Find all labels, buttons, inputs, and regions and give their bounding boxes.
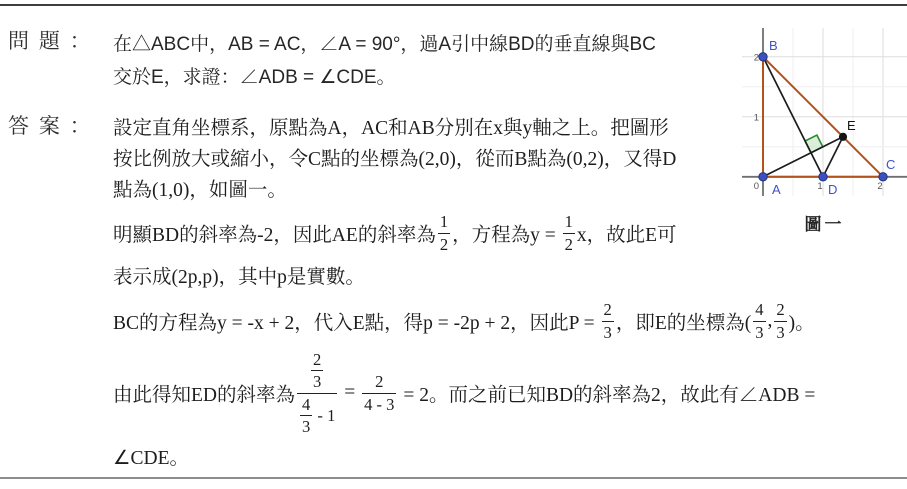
answer-line: 明顯BD的斜率為-2，因此AE的斜率為12，方程為y = 12x，故此E可 [113,207,815,259]
text-run: )。 [789,307,815,335]
answer-section-label: 答 案 ： [8,110,93,140]
answer-line: 由此得知ED的斜率為2343 - 1 = 24 - 3 = 2。而之前已知BD的… [113,349,815,437]
problem-section-label: 問 題 ： [8,25,93,55]
text-run: x，故此E可 [577,219,677,247]
point-label-E: E [847,118,856,133]
point-dot-B [759,53,767,61]
text-run: 2 [565,235,573,254]
text-run: 交於E，求證：∠ADB = ∠CDE。 [113,62,396,89]
text-run: 明顯BD的斜率為-2，因此AE的斜率為 [113,219,436,247]
bottom-rule [0,477,907,479]
text-run: 4 [755,300,763,319]
text-run: = 2。而之前已知BD的斜率為2，故此有∠ADB = [398,379,815,407]
point-dot-D [819,173,827,181]
fraction: 43 [300,395,312,436]
text-run: ，即E的坐標為( [616,307,751,335]
page: 問 題 ： 在△ABC中，AB = AC，∠A = 90°，過A引中線BD的垂直… [0,0,907,489]
problem-line: 交於E，求證：∠ADB = ∠CDE。 [113,59,656,92]
fraction-bar [300,415,312,416]
answer-line: 按比例放大或縮小，令C點的坐標為(2,0)，從而B點為(0,2)，又得D [113,141,815,172]
x-tick-label: 1 [817,181,822,192]
point-label-B: B [769,38,778,53]
text-run: ∠CDE。 [113,442,189,470]
text-run: 4 [302,395,310,414]
text-run: 3 [302,417,310,436]
text-run: 設定直角坐標系，原點為A，AC和AB分別在x與y軸之上。把圖形 [113,112,669,140]
text-run: 表示成(2p,p)，其中p是實數。 [113,261,365,289]
fraction: 23 [311,350,323,391]
fraction: 24 - 3 [362,372,396,413]
text-run: 按比例放大或縮小，令C點的坐標為(2,0)，從而B點為(0,2)，又得D [113,143,676,171]
text-run: 1 [565,212,573,231]
right-angle-marker [805,135,823,153]
fraction-bar [563,233,575,234]
point-dot-C [879,173,887,181]
fraction-bar [753,321,765,322]
text-run: 點為(1,0)，如圖一。 [113,174,287,202]
point-label-D: D [828,182,837,196]
text-run: 2 [313,350,321,369]
figure: 12120ABCDE 圖一 [742,28,907,235]
text-run: - 1 [313,406,335,425]
text-run: 3 [313,372,321,391]
text-run: 2 [440,235,448,254]
origin-tick-label: 0 [754,181,759,192]
figure-graph: 12120ABCDE [742,28,907,196]
text-run: = [339,382,360,404]
point-label-C: C [886,157,895,172]
text-run: BC的方程為y = -x + 2，代入E點，得p = -2p + 2，因此P = [113,307,600,335]
answer-text: 設定直角坐標系，原點為A，AC和AB分別在x與y軸之上。把圖形按比例放大或縮小，… [113,110,815,471]
fraction: 23 [774,300,786,341]
segment-AE [763,137,843,177]
fraction-bar [311,370,323,371]
answer-line: 點為(1,0)，如圖一。 [113,172,815,203]
answer-line: 表示成(2p,p)，其中p是實數。 [113,259,815,290]
figure-caption: 圖一 [742,210,907,235]
text-run: 2 [375,372,383,391]
top-rule [0,4,907,6]
text-run: 1 [440,212,448,231]
problem-line: 在△ABC中，AB = AC，∠A = 90°，過A引中線BD的垂直線與BC [113,26,656,59]
fraction-bar [297,393,337,394]
problem-text: 在△ABC中，AB = AC，∠A = 90°，過A引中線BD的垂直線與BC交於… [113,26,656,92]
text-run: 3 [755,323,763,342]
answer-line: 設定直角坐標系，原點為A，AC和AB分別在x與y軸之上。把圖形 [113,110,815,141]
x-tick-label: 2 [877,181,882,192]
text-run: 3 [604,323,612,342]
fraction: 23 [602,300,614,341]
fraction: 2343 - 1 [297,350,337,435]
text-run: 由此得知ED的斜率為 [113,379,295,407]
text-run: 3 [776,323,784,342]
point-dot-E [839,133,846,140]
text-run: 4 - 3 [364,395,394,414]
fraction-bar [602,321,614,322]
text-run: 在△ABC中，AB = AC，∠A = 90°，過A引中線BD的垂直線與BC [113,29,656,56]
text-run: 2 [776,300,784,319]
fraction: 12 [438,212,450,253]
answer-line: BC的方程為y = -x + 2，代入E點，得p = -2p + 2，因此P =… [113,293,815,349]
y-tick-label: 1 [754,112,759,123]
answer-line: ∠CDE。 [113,440,815,471]
fraction-bar [362,393,396,394]
segment-DE [823,137,843,177]
fraction-bar [438,233,450,234]
y-tick-label: 2 [754,52,759,63]
text-run: 2 [604,300,612,319]
text-run: ，方程為y = [452,219,561,247]
text-run: , [768,310,773,332]
fraction-bar [774,321,786,322]
point-label-A: A [772,182,781,196]
point-dot-A [759,173,767,181]
fraction: 12 [563,212,575,253]
fraction: 43 [753,300,765,341]
